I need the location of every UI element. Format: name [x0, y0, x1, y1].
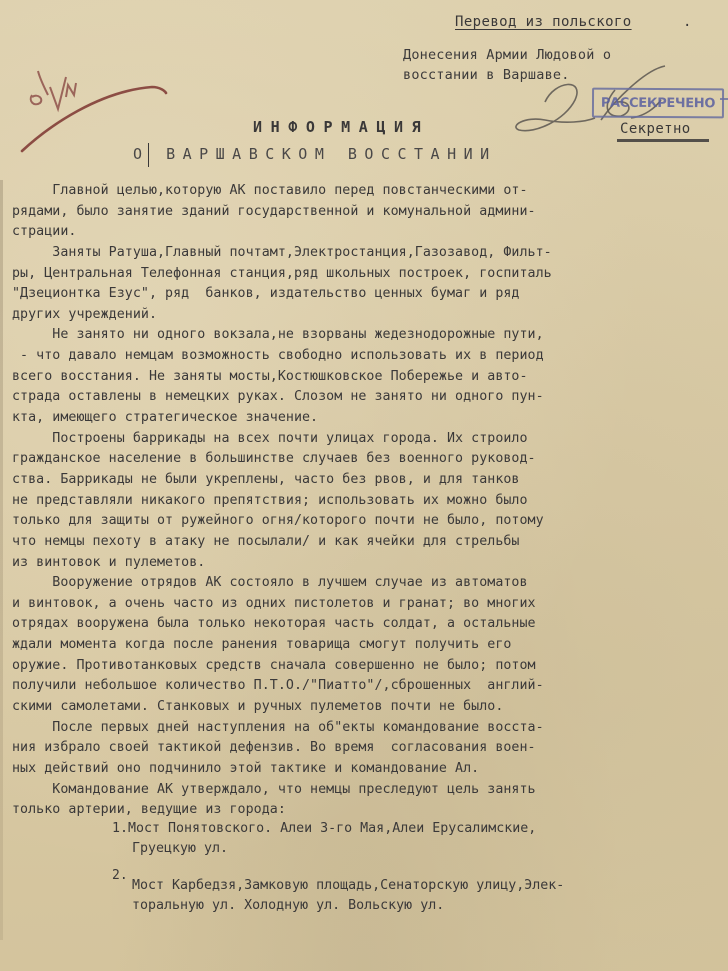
- body-line: страда оставлены в немецких руках. Слозо…: [12, 387, 724, 408]
- document-subtitle: О ВАРШАВСКОМ ВОССТАНИИ: [133, 145, 497, 163]
- list-item-1-continuation: Груецкую ул.: [132, 839, 228, 860]
- list-item-2-continuation: торальную ул. Холодную ул. Вольскую ул.: [132, 896, 444, 917]
- body-line: ры, Центральная Телефонная станция,ряд ш…: [12, 264, 724, 285]
- classification-underline: [617, 139, 709, 142]
- list-number: 1.: [112, 821, 128, 836]
- declassified-stamp: РАССЕКРЕЧЕНО: [592, 88, 724, 119]
- body-line: Не занято ни одного вокзала,не взорваны …: [12, 325, 724, 346]
- body-line: рядами, было занятие зданий государствен…: [12, 202, 724, 223]
- body-line: Построены баррикады на всех почти улицах…: [12, 429, 724, 450]
- subtitle-text: ВАРШАВСКОМ ВОССТАНИИ: [166, 145, 497, 163]
- body-line: всего восстания. Не заняты мосты,Костюшк…: [12, 367, 724, 388]
- handwritten-red-mark-icon: [10, 65, 170, 155]
- list-text: Мост Понятовского. Алеи 3-го Мая,Алеи Ер…: [128, 821, 536, 836]
- translation-note-dot: .: [683, 14, 691, 30]
- body-line: оружие. Противотанковых средств сначала …: [12, 656, 724, 677]
- body-line: скими самолетами. Станковых и ручных пул…: [12, 697, 724, 718]
- body-line: ных действий оно подчинило этой тактике …: [12, 759, 724, 780]
- classification-label: Секретно: [620, 121, 691, 137]
- body-line: не представляли никакого препятствия; ис…: [12, 491, 724, 512]
- body-line: из винтовок и пулеметов.: [12, 553, 724, 574]
- body-line: отрядах вооружена была только некоторая …: [12, 614, 724, 635]
- body-line: что немцы пехоту в атаку не посылали/ и …: [12, 532, 724, 553]
- body-line: ства. Баррикады не были укреплены, часто…: [12, 470, 724, 491]
- list-item-2: Мост Карбедзя,Замковую площадь,Сенаторск…: [132, 876, 564, 897]
- body-line: "Дзеционтка Езус", ряд банков, издательс…: [12, 284, 724, 305]
- body-line: Вооружение отрядов АК состояло в лучшем …: [12, 573, 724, 594]
- body-line: ждали момента когда после ранения товари…: [12, 635, 724, 656]
- body-line: кта, имеющего стратегическое значение.: [12, 408, 724, 429]
- body-line: страции.: [12, 222, 724, 243]
- source-line-2: восстании в Варшаве.: [403, 67, 570, 83]
- document-body: Главной целью,которую АК поставило перед…: [12, 181, 724, 821]
- body-line: других учреждений.: [12, 305, 724, 326]
- route-list: 1.Мост Понятовского. Алеи 3-го Мая,Алеи …: [0, 819, 728, 963]
- subtitle-vertical-mark: [148, 143, 149, 167]
- document-title: ИНФОРМАЦИЯ: [253, 118, 429, 136]
- body-line: ния избрало своей тактикой дефензив. Во …: [12, 738, 724, 759]
- body-line: только для защиты от ружейного огня/кото…: [12, 511, 724, 532]
- source-line-1: Донесения Армии Людовой о: [403, 47, 611, 63]
- body-line: гражданское население в большинстве случ…: [12, 449, 724, 470]
- body-line: получили небольшое количество П.Т.О./"Пи…: [12, 676, 724, 697]
- body-line: Главной целью,которую АК поставило перед…: [12, 181, 724, 202]
- stamp-border-fragment: [720, 98, 728, 100]
- list-item-1: 1.Мост Понятовского. Алеи 3-го Мая,Алеи …: [112, 819, 536, 840]
- scanned-document-page: Перевод из польского . Донесения Армии Л…: [0, 0, 728, 971]
- translation-note: Перевод из польского: [455, 14, 632, 30]
- body-line: - что давало немцам возможность свободно…: [12, 346, 724, 367]
- body-line: Заняты Ратуша,Главный почтамт,Электроста…: [12, 243, 724, 264]
- body-line: только артерии, ведущие из города:: [12, 800, 724, 821]
- body-line: и винтовок, а очень часто из одних писто…: [12, 594, 724, 615]
- list-number: 2.: [112, 866, 128, 887]
- body-line: После первых дней наступления на об"екты…: [12, 718, 724, 739]
- body-line: Командование АК утверждало, что немцы пр…: [12, 780, 724, 801]
